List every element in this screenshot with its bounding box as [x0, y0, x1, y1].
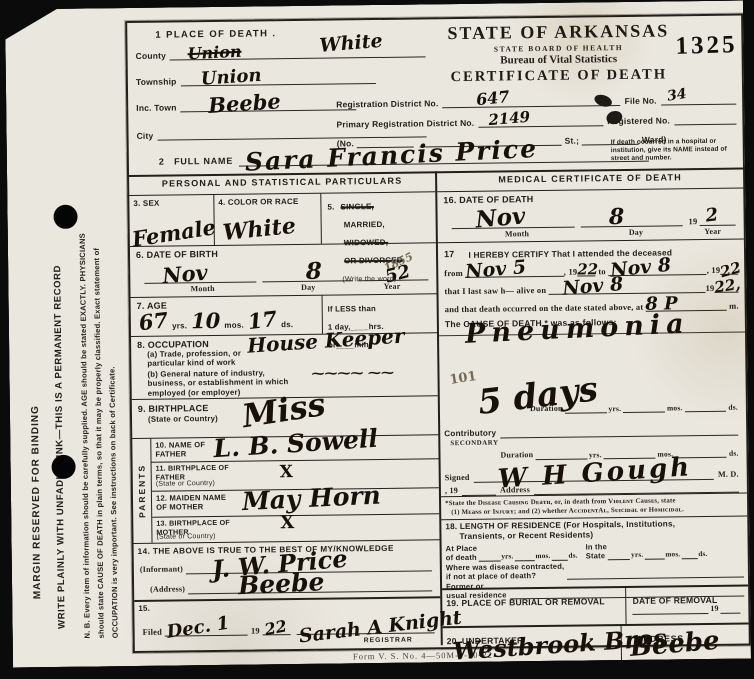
certificate-title: CERTIFICATE OF DEATH	[428, 66, 690, 86]
contributory-line	[500, 425, 738, 439]
birthplace-label: 9. BIRTHPLACE	[138, 403, 209, 415]
birthplace-value: Miss	[240, 388, 327, 432]
res-death-mos-line	[514, 551, 534, 561]
age-yrs-label: yrs.	[172, 322, 187, 332]
filed-number: 15.	[138, 604, 150, 614]
removal-year-line	[721, 604, 741, 614]
dod-month-value: Nov	[475, 204, 526, 231]
personal-column: PERSONAL AND STATISTICAL PARTICULARS 3. …	[129, 171, 443, 649]
certify-saw-value: Nov 8	[562, 275, 624, 299]
undertaker-address-value: Beebe	[629, 628, 721, 661]
res-death-ds: ds.	[568, 552, 577, 561]
city-label: City	[136, 131, 153, 141]
dod-year-caption: Year	[690, 227, 736, 237]
primary-district-line: 2149	[478, 113, 603, 128]
certify-from-line: Nov 5	[465, 264, 564, 278]
certify-to-year-line: 22	[720, 262, 738, 275]
birthplace-sub-label: (State or Country)	[148, 414, 218, 424]
signed-line: W H Gough	[474, 467, 714, 483]
certify-saw-line: Nov 8	[548, 280, 705, 295]
bureau-subtitle: Bureau of Vital Statistics	[428, 52, 690, 67]
mother-name-row: 12. MAIDEN NAME OF MOTHER May Horn	[152, 488, 439, 518]
dob-year-caption: Year	[356, 281, 429, 291]
township-label: Township	[136, 76, 177, 87]
mother-birthplace-sub: (State or Country)	[156, 533, 215, 542]
dob-day-caption: Day	[261, 282, 356, 293]
full-name-number: 2	[159, 157, 164, 168]
marital-cell: 5.SINGLE, MARRIED, WIDOWED, OR DIVORCED …	[321, 192, 436, 243]
marital-single: SINGLE,	[340, 202, 374, 211]
filed-19: 19	[251, 625, 260, 635]
at-place-label-2: of death	[446, 553, 478, 562]
age-mos-label: mos.	[224, 321, 244, 331]
date-of-death-row: 16. DATE OF DEATH Nov 8 19 2	[437, 189, 744, 244]
county-label: County	[136, 50, 167, 61]
certify-number: 17	[444, 249, 455, 260]
county-struck-value: Union	[188, 44, 243, 63]
sex-value: Female	[131, 216, 218, 250]
registered-no-line	[674, 112, 737, 126]
file-no-line: 34	[661, 92, 736, 106]
signed-19-label: , 19	[445, 486, 458, 496]
filed-label: Filed	[143, 626, 163, 636]
contributory-label: Contributory	[444, 429, 496, 439]
full-name-value: Sara Francis Price	[245, 136, 539, 175]
father-name-row: 10. NAME OF FATHER L. B. Sowell	[151, 435, 438, 463]
age-months-value: 10	[191, 310, 220, 331]
dob-month-caption: Month	[144, 283, 261, 294]
certify-m-label: m.	[729, 300, 739, 310]
filed-date-line: Dec. 1	[165, 623, 248, 637]
mother-name-value: May Horn	[241, 483, 381, 515]
inc-town-line: Beebe	[180, 96, 356, 112]
duration-ds-label: ds.	[728, 403, 738, 412]
mother-birthplace-value: X	[280, 514, 294, 532]
registrar-caption: REGISTRAR	[364, 637, 413, 646]
removal-cell: DATE OF REMOVAL 19	[626, 586, 748, 623]
marital-married: MARRIED,	[344, 220, 385, 230]
age-days-value: 17	[247, 308, 278, 332]
dod-day-caption: Day	[582, 227, 690, 238]
residence-block: 18. LENGTH OF RESIDENCE (For Hospitals, …	[441, 516, 748, 589]
age-years-value: 67	[138, 309, 169, 333]
filed-year-value: 22	[264, 618, 289, 638]
informant-address-value: Beebe	[238, 569, 325, 598]
reg-district-value: 647	[476, 89, 511, 108]
file-no-label: File No.	[624, 95, 656, 106]
parents-label: PARENTS	[136, 464, 147, 518]
certify-from-label: from	[444, 268, 463, 278]
res-death-yrs: yrs.	[501, 553, 513, 562]
res-state-mos-line	[644, 549, 664, 559]
file-no-value: 34	[666, 87, 687, 104]
age-less-line1: If LESS than	[328, 304, 376, 314]
certificate-number: 1325	[675, 31, 738, 61]
age-ds-label: ds.	[281, 320, 293, 330]
form-header: 1 PLACE OF DEATH . County Union White To…	[127, 16, 743, 177]
marital-number: 5.	[327, 203, 334, 212]
res-death-mos: mos.	[535, 552, 550, 561]
primary-district-value: 2149	[488, 110, 531, 128]
dod-month-line: Nov	[452, 211, 575, 230]
dob-day-value: 8	[306, 260, 322, 283]
dob-month-value: Nov	[161, 262, 208, 287]
removal-date-line	[633, 604, 709, 615]
street-st-label: St.;	[565, 135, 580, 145]
duration2-ds-label: ds.	[729, 449, 739, 458]
signed-label: Signed	[445, 473, 470, 483]
dod-day-value: 8	[609, 206, 625, 228]
former-label-2: usual residence	[446, 591, 507, 601]
parents-block: PARENTS 10. NAME OF FATHER L. B. Sowell …	[132, 435, 439, 544]
sex-cell: 3. SEX Female	[129, 195, 215, 246]
scanned-death-certificate: MARGIN RESERVED FOR BINDING WRITE PLAINL…	[0, 0, 754, 679]
county-value: White	[319, 32, 384, 56]
duration2-label: Duration	[500, 451, 533, 461]
mother-name-label: 12. MAIDEN NAME OF MOTHER	[156, 493, 234, 512]
dod-month-caption: Month	[452, 228, 583, 239]
dod-day-line: 8	[581, 209, 683, 227]
res-state-ds-line	[681, 549, 697, 559]
punch-hole-top	[53, 205, 77, 229]
dob-row: 6. DATE OF BIRTH Nov 8 1855 52	[130, 243, 437, 298]
punch-hole-bottom	[51, 455, 75, 479]
registrar-line: Sarah A Knight	[296, 620, 434, 635]
occupation-a-label-2: particular kind of work	[147, 358, 235, 368]
township-value: Union	[200, 67, 262, 89]
township-line: Union	[180, 70, 376, 86]
at-place-label-1: At Place	[446, 543, 478, 552]
dod-year-value: 2	[704, 206, 719, 225]
signed-19-line	[462, 486, 496, 496]
father-birthplace-value: X	[280, 464, 293, 481]
inc-town-value: Beebe	[208, 90, 282, 116]
inc-town-label: Inc. Town	[136, 102, 176, 113]
res-state-mos: mos.	[665, 551, 680, 560]
removal-19: 19	[710, 604, 719, 614]
race-label: 4. COLOR OR RACE	[218, 197, 298, 208]
res-death-ds-line	[551, 551, 567, 561]
sex-label: 3. SEX	[133, 199, 159, 209]
margin-ink-note: WRITE PLAINLY WITH UNFADING INK—THIS IS …	[50, 69, 68, 629]
res-death-yrs-line	[478, 551, 500, 561]
filed-year-line: 22	[263, 622, 291, 635]
father-birthplace-sub: (State or Country)	[156, 480, 215, 489]
primary-district-label: Primary Registration District No.	[336, 118, 474, 130]
dod-year-line: 2	[699, 209, 735, 226]
certificate-paper: MARGIN RESERVED FOR BINDING WRITE PLAINL…	[5, 1, 751, 668]
contracted-label-2: if not at place of death?	[446, 571, 565, 582]
dob-month-line: Nov	[144, 265, 256, 283]
secondary-label: SECONDARY	[450, 440, 498, 449]
occupation-b-value: ⁓⁓⁓⁓ ⁓⁓	[311, 367, 394, 381]
state-title: STATE OF ARKANSAS	[427, 20, 689, 44]
margin-binding-note: MARGIN RESERVED FOR BINDING	[26, 129, 44, 599]
filed-date-value: Dec. 1	[166, 615, 231, 642]
res-state-ds: ds.	[698, 550, 707, 559]
mother-birthplace-row: 13. BIRTHPLACE OF MOTHER (State or Count…	[152, 514, 439, 543]
race-cell: 4. COLOR OR RACE White	[214, 194, 322, 245]
reg-district-label: Registration District No.	[336, 98, 438, 109]
res-state-yrs-line	[608, 550, 630, 560]
full-name-label: FULL NAME	[174, 156, 233, 168]
certificate-form: 1 PLACE OF DEATH . County Union White To…	[125, 14, 751, 654]
medical-column: MEDICAL CERTIFICATE OF DEATH 16. DATE OF…	[437, 168, 749, 646]
dob-day-line: 8	[262, 264, 353, 282]
certify-saw-year-line: 22,	[714, 280, 738, 293]
dob-year-line: 1855 52	[358, 263, 428, 281]
res-state-yrs: yrs.	[631, 551, 643, 560]
in-state-label-2: State	[586, 551, 608, 560]
full-name-line: Sara Francis Price	[239, 147, 649, 167]
cause-margin-code: 101	[449, 370, 478, 387]
dod-19: 19	[688, 216, 697, 226]
duration-mos-label: mos.	[667, 403, 683, 412]
state-heading: STATE OF ARKANSAS STATE BOARD OF HEALTH …	[427, 20, 690, 86]
duration-mos-line	[623, 402, 665, 414]
certify-from-value: Nov 5	[464, 258, 526, 282]
margin-nb-note-line3: OCCUPATION is very important. See instru…	[103, 48, 120, 638]
in-state-label-1: In the	[586, 542, 608, 551]
parents-tab: PARENTS	[132, 439, 152, 543]
race-value: White	[222, 215, 297, 244]
certify-19a: , 19	[564, 266, 578, 276]
cause-block: Pneumonia 101 Duration yrs. mos. ds. 5 d…	[439, 333, 747, 497]
informant-row: 14. THE ABOVE IS TRUE TO THE BEST OF MY/…	[134, 540, 441, 602]
undertaker-cell: 20. UNDERTAKER Westbrook Bros	[443, 626, 623, 664]
county-line: Union White	[170, 43, 426, 60]
md-label: M. D.	[718, 470, 739, 480]
certify-saw-label: that I last saw h— alive on	[444, 285, 546, 296]
duration-yrs-label: yrs.	[608, 404, 621, 413]
undertaker-row: 20. UNDERTAKER Westbrook Bros ADDRESS Be…	[443, 622, 749, 664]
place-of-death-title: 1 PLACE OF DEATH .	[155, 28, 276, 41]
duration-ds-line	[684, 401, 726, 413]
certify-saw-year: 22,	[713, 277, 741, 296]
informant-address-tag: (Address)	[150, 585, 185, 595]
sex-race-marital-row: 3. SEX Female 4. COLOR OR RACE White 5.S…	[129, 192, 436, 247]
informant-tag: (Informant)	[140, 565, 183, 575]
